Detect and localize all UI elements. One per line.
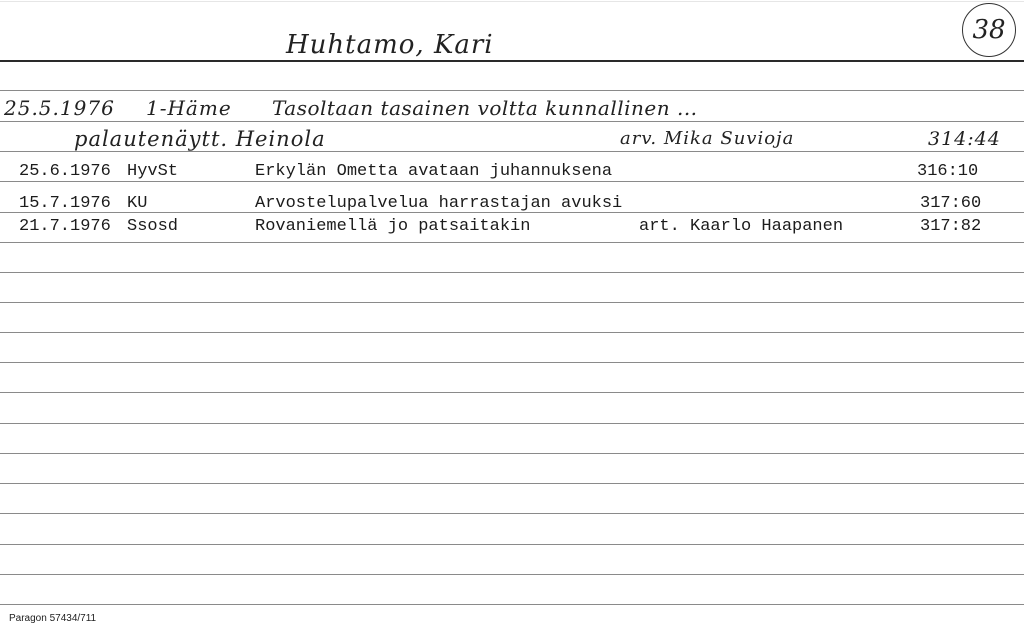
ruled-line: [0, 332, 1024, 333]
card-heading: Huhtamo, Kari: [286, 30, 494, 60]
entry-author: arv. Mika Suvioja: [620, 128, 794, 149]
ruled-line: [0, 513, 1024, 514]
card-print-code: Paragon 57434/711: [9, 613, 96, 624]
entry-date: 25.5.1976: [4, 96, 115, 120]
heading-rule: [0, 60, 1024, 62]
ruled-line: [0, 574, 1024, 575]
ruled-line: [0, 302, 1024, 303]
ruled-line: [0, 90, 1024, 91]
entry-date: 15.7.1976: [19, 194, 111, 213]
ruled-line: [0, 604, 1024, 605]
entry-source: 1-Häme: [146, 96, 232, 120]
entry-reference: 317:60: [920, 194, 981, 213]
ruled-line: [0, 483, 1024, 484]
entry-reference: 314:44: [928, 128, 1001, 150]
entry-source: Ssosd: [127, 217, 178, 236]
entry-date: 25.6.1976: [19, 162, 111, 181]
ruled-line: [0, 392, 1024, 393]
ruled-line: [0, 362, 1024, 363]
ruled-line: [0, 121, 1024, 122]
entry-title: Erkylän Ometta avataan juhannuksena: [255, 162, 612, 181]
entry-source: KU: [127, 194, 147, 213]
index-card: Huhtamo, Kari 38 25.5.1976 1-Häme Tasolt…: [0, 0, 1024, 628]
card-number-badge: 38: [962, 3, 1016, 57]
top-edge-line: [0, 1, 1024, 2]
ruled-line: [0, 423, 1024, 424]
entry-title: Rovaniemellä jo patsaitakin: [255, 217, 530, 236]
entry-reference: 317:82: [920, 217, 981, 236]
entry-title-continued: palautenäytt. Heinola: [74, 127, 326, 151]
ruled-line: [0, 242, 1024, 243]
entry-reference: 316:10: [917, 162, 978, 181]
entry-date: 21.7.1976: [19, 217, 111, 236]
entry-title: Arvostelupalvelua harrastajan avuksi: [255, 194, 622, 213]
ruled-line: [0, 272, 1024, 273]
card-number: 38: [972, 15, 1005, 45]
entry-source: HyvSt: [127, 162, 178, 181]
entry-author: art. Kaarlo Haapanen: [639, 217, 843, 236]
ruled-line: [0, 151, 1024, 152]
ruled-line: [0, 544, 1024, 545]
ruled-line: [0, 453, 1024, 454]
ruled-line: [0, 181, 1024, 182]
entry-title: Tasoltaan tasainen voltta kunnallinen ..…: [272, 96, 698, 120]
